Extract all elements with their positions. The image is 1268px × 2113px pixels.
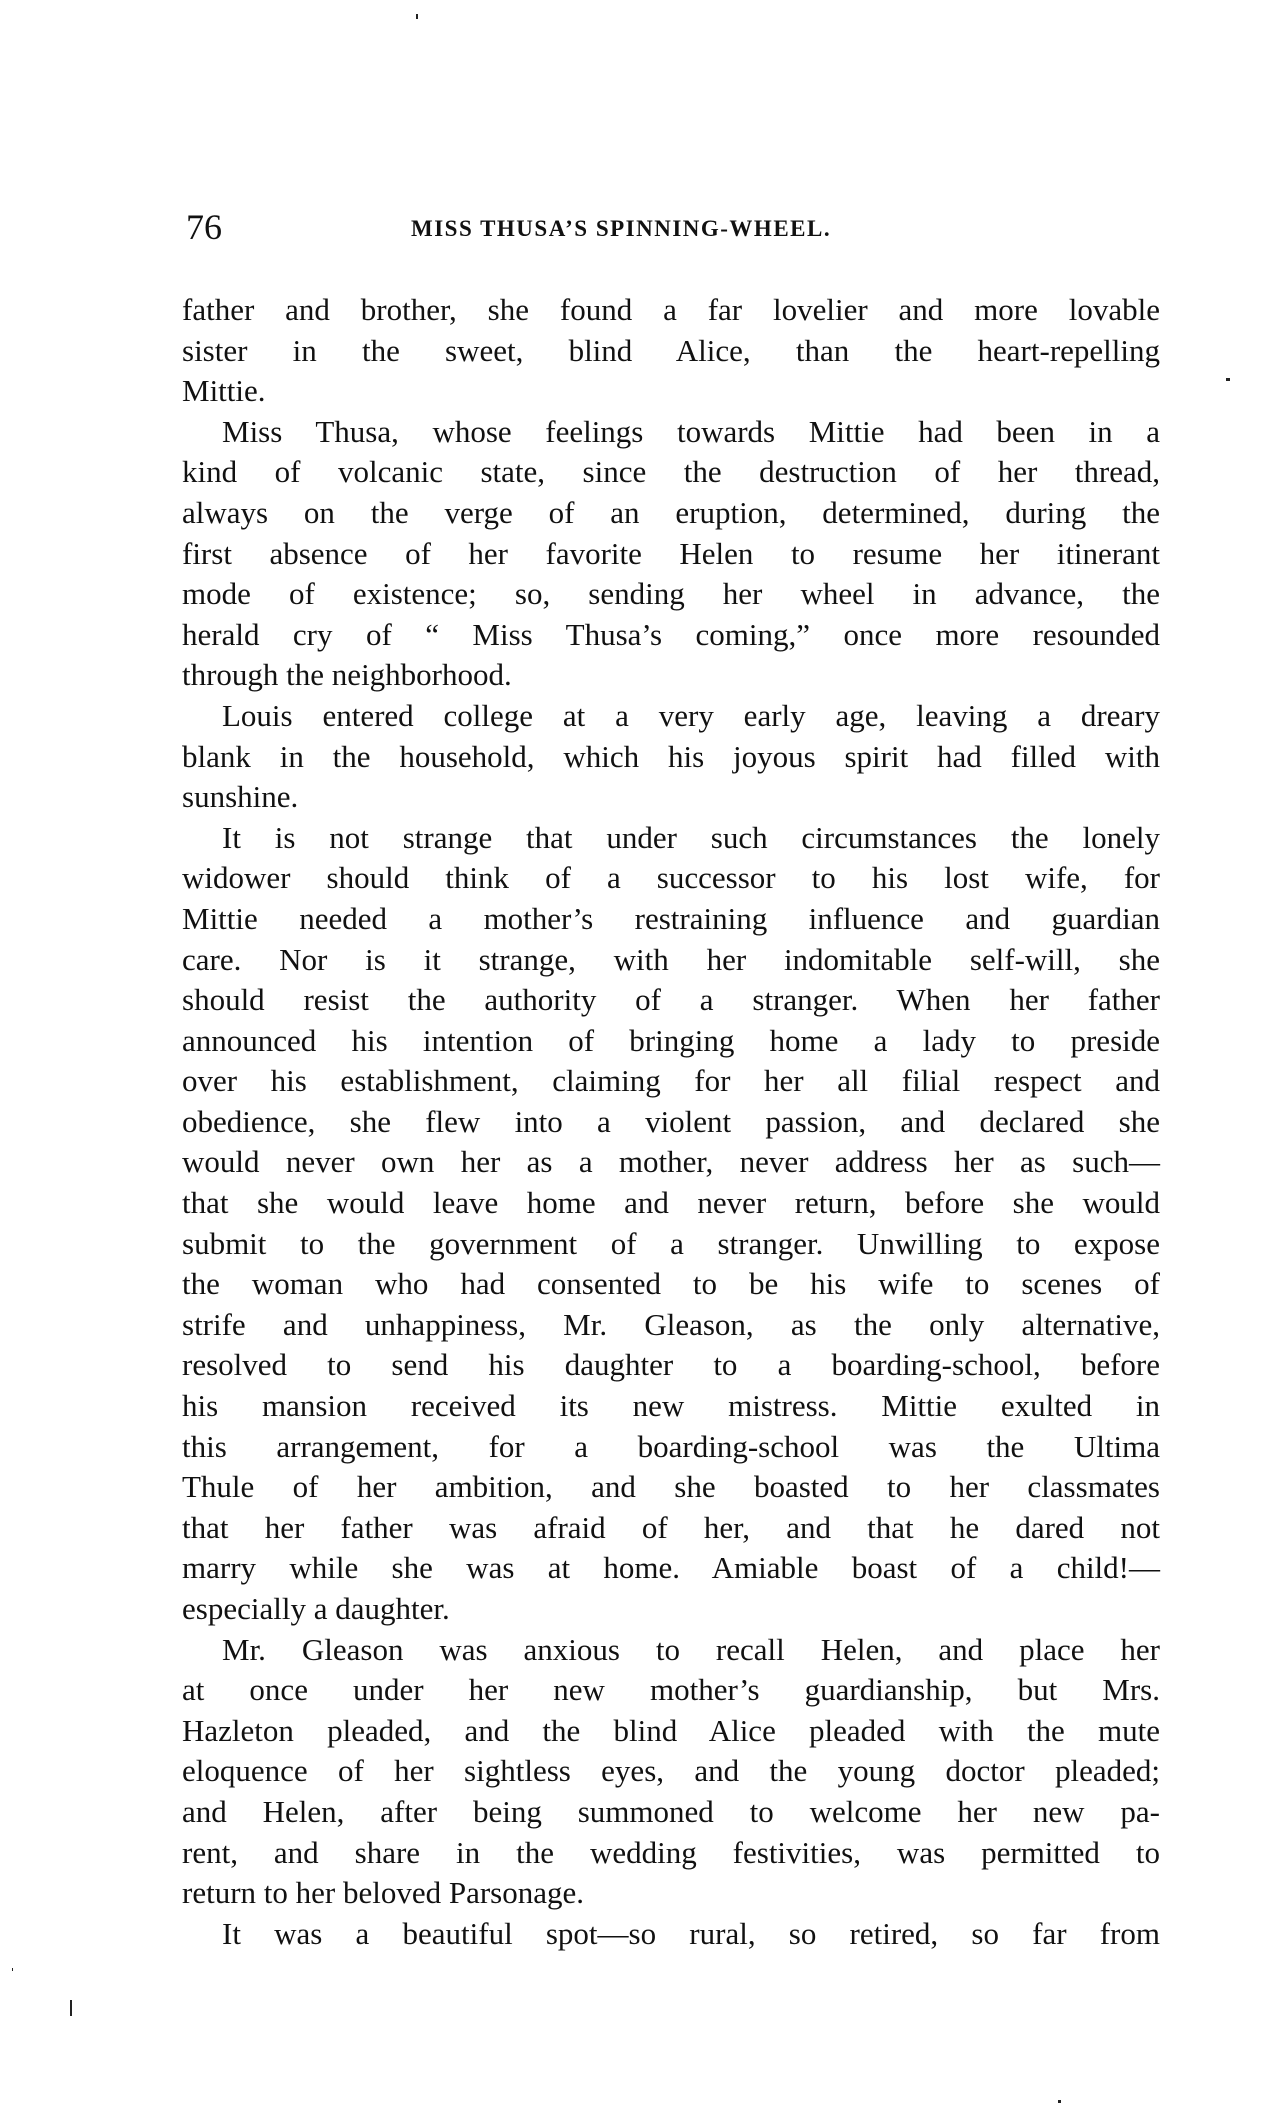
text-line: Louis entered college at a very early ag… xyxy=(182,696,1160,737)
text-line: strife and unhappiness, Mr. Gleason, as … xyxy=(182,1305,1160,1346)
text-line: would never own her as a mother, never a… xyxy=(182,1142,1160,1183)
page-number: 76 xyxy=(186,205,222,249)
text-line: should resist the authority of a strange… xyxy=(182,980,1160,1021)
text-line: mode of existence; so, sending her wheel… xyxy=(182,574,1160,615)
text-line: especially a daughter. xyxy=(182,1589,1160,1630)
text-line: Mr. Gleason was anxious to recall Helen,… xyxy=(182,1630,1160,1671)
text-line: care. Nor is it strange, with her indomi… xyxy=(182,940,1160,981)
text-line: first absence of her favorite Helen to r… xyxy=(182,534,1160,575)
scan-speck xyxy=(416,14,418,19)
text-line: this arrangement, for a boarding-school … xyxy=(182,1427,1160,1468)
text-line: It is not strange that under such circum… xyxy=(182,818,1160,859)
text-line: sunshine. xyxy=(182,777,1160,818)
text-line: It was a beautiful spot—so rural, so ret… xyxy=(182,1914,1160,1955)
text-line: herald cry of “ Miss Thusa’s coming,” on… xyxy=(182,615,1160,656)
text-line: marry while she was at home. Amiable boa… xyxy=(182,1548,1160,1589)
book-page: 76 MISS THUSA’S SPINNING-WHEEL. father a… xyxy=(0,0,1268,2113)
scan-speck xyxy=(1058,2100,1061,2103)
scan-speck xyxy=(70,2000,72,2016)
text-line: return to her beloved Parsonage. xyxy=(182,1873,1160,1914)
scan-speck xyxy=(1226,378,1230,381)
text-line: submit to the government of a stranger. … xyxy=(182,1224,1160,1265)
text-line: over his establishment, claiming for her… xyxy=(182,1061,1160,1102)
text-line: always on the verge of an eruption, dete… xyxy=(182,493,1160,534)
text-line: Thule of her ambition, and she boasted t… xyxy=(182,1467,1160,1508)
text-line: sister in the sweet, blind Alice, than t… xyxy=(182,331,1160,372)
text-line: through the neighborhood. xyxy=(182,655,1160,696)
text-line: father and brother, she found a far love… xyxy=(182,290,1160,331)
text-line: kind of volcanic state, since the destru… xyxy=(182,452,1160,493)
text-line: Mittie. xyxy=(182,371,1160,412)
text-line: rent, and share in the wedding festiviti… xyxy=(182,1833,1160,1874)
text-line: and Helen, after being summoned to welco… xyxy=(182,1792,1160,1833)
text-line: his mansion received its new mistress. M… xyxy=(182,1386,1160,1427)
text-line: obedience, she flew into a violent passi… xyxy=(182,1102,1160,1143)
text-line: that she would leave home and never retu… xyxy=(182,1183,1160,1224)
text-line: eloquence of her sightless eyes, and the… xyxy=(182,1751,1160,1792)
running-title: MISS THUSA’S SPINNING-WHEEL. xyxy=(411,209,831,249)
text-line: widower should think of a successor to h… xyxy=(182,858,1160,899)
text-line: announced his intention of bringing home… xyxy=(182,1021,1160,1062)
text-line: at once under her new mother’s guardians… xyxy=(182,1670,1160,1711)
text-line: Mittie needed a mother’s restraining inf… xyxy=(182,899,1160,940)
text-line: resolved to send his daughter to a board… xyxy=(182,1345,1160,1386)
text-line: Hazleton pleaded, and the blind Alice pl… xyxy=(182,1711,1160,1752)
text-line: blank in the household, which his joyous… xyxy=(182,737,1160,778)
text-line: the woman who had consented to be his wi… xyxy=(182,1264,1160,1305)
text-line: Miss Thusa, whose feelings towards Mitti… xyxy=(182,412,1160,453)
scan-speck xyxy=(12,1968,13,1971)
text-line: that her father was afraid of her, and t… xyxy=(182,1508,1160,1549)
running-head: 76 MISS THUSA’S SPINNING-WHEEL. xyxy=(186,205,1158,249)
body-text: father and brother, she found a far love… xyxy=(182,290,1160,1954)
